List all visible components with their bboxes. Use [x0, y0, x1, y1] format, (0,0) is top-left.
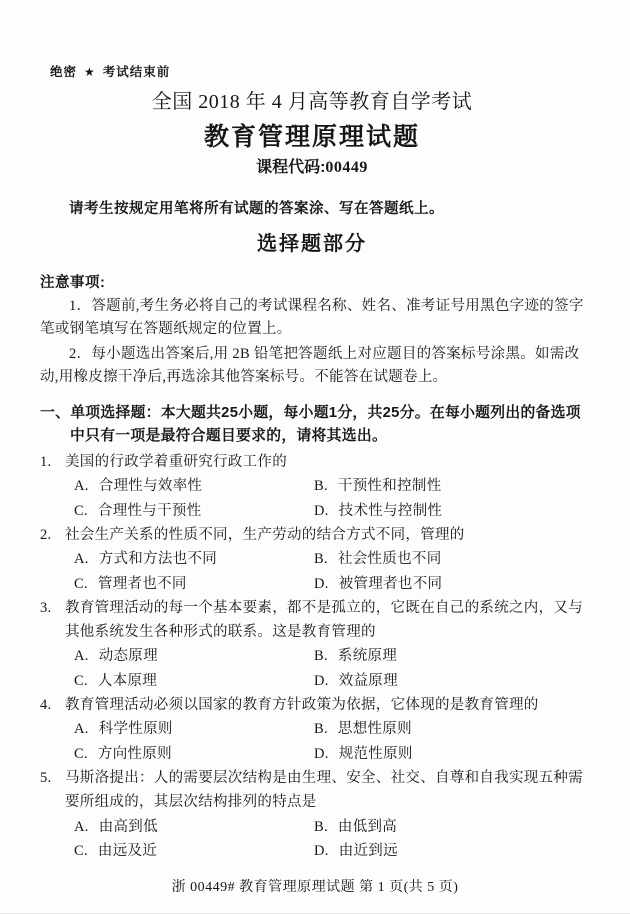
option-label: A. [74, 717, 89, 741]
option-text: 社会性质也不同 [338, 547, 442, 571]
part-heading: 一、单项选择题：本大题共25小题，每小题1分，共25分。在每小题列出的备选项中只… [40, 402, 584, 447]
option-text: 方式和方法也不同 [99, 547, 217, 571]
option-label: B. [314, 547, 328, 571]
question-stem: 教育管理活动的每一个基本要素，都不是孤立的，它既在自己的系统之内，又与其他系统发… [65, 596, 584, 644]
option-text: 科学性原则 [99, 717, 173, 741]
option-label: B. [314, 815, 328, 839]
option: C.方向性原则 [74, 742, 314, 766]
option-text: 合理性与干预性 [98, 499, 202, 523]
option: B.干预性和控制性 [314, 474, 584, 498]
option: B.社会性质也不同 [314, 547, 584, 571]
option: A.动态原理 [74, 644, 314, 668]
option: D.技术性与控制性 [314, 499, 584, 523]
option: B.系统原理 [314, 644, 584, 668]
option-label: A. [74, 815, 89, 839]
option: C.管理者也不同 [74, 572, 314, 596]
options: A.方式和方法也不同 B.社会性质也不同 C.管理者也不同 D.被管理者也不同 [74, 547, 584, 596]
question-number: 1. [40, 450, 65, 474]
option: A.由高到低 [74, 815, 314, 839]
question: 5. 马斯洛提出：人的需要层次结构是由生理、安全、社交、自尊和自我实现五种需要所… [40, 766, 584, 863]
option: D.被管理者也不同 [314, 572, 584, 596]
section-heading: 选择题部分 [40, 231, 584, 258]
option-text: 由低到高 [338, 815, 397, 839]
question-list: 1. 美国的行政学着重研究行政工作的 A.合理性与效率性 B.干预性和控制性 C… [40, 450, 584, 863]
answer-sheet-instruction: 请考生按规定用笔将所有试题的答案涂、写在答题纸上。 [40, 199, 584, 220]
option-label: D. [314, 669, 329, 693]
page-footer: 浙 00449# 教育管理原理试题 第 1 页(共 5 页) [0, 876, 630, 896]
course-code-line: 课程代码:00449 [40, 158, 584, 178]
option-text: 思想性原则 [338, 717, 412, 741]
option-text: 由远及近 [98, 839, 157, 863]
option: D.规范性原则 [314, 742, 584, 766]
option: D.效益原理 [314, 669, 584, 693]
question-stem: 马斯洛提出：人的需要层次结构是由生理、安全、社交、自尊和自我实现五种需要所组成的… [65, 766, 584, 814]
option: C.合理性与干预性 [74, 499, 314, 523]
exam-paper-page: 绝密★考试结束前 全国 2018 年 4 月高等教育自学考试 教育管理原理试题 … [0, 0, 630, 914]
options: A.由高到低 B.由低到高 C.由远及近 D.由近到远 [74, 815, 584, 864]
option-label: D. [314, 839, 329, 863]
option-text: 系统原理 [338, 644, 397, 668]
question-number: 2. [40, 523, 65, 547]
option-label: A. [74, 644, 89, 668]
option-label: B. [314, 474, 328, 498]
classification-line: 绝密★考试结束前 [50, 64, 584, 80]
question-number: 5. [40, 766, 65, 814]
option-text: 动态原理 [99, 644, 158, 668]
option-label: D. [314, 499, 329, 523]
question-stem: 美国的行政学着重研究行政工作的 [65, 450, 584, 474]
option: D.由近到远 [314, 839, 584, 863]
course-code-label: 课程代码: [256, 159, 325, 176]
timing-label: 考试结束前 [103, 65, 171, 79]
secrecy-label: 绝密 [50, 65, 77, 79]
option-label: A. [74, 474, 89, 498]
paper-title: 教育管理原理试题 [40, 121, 584, 154]
option: B.由低到高 [314, 815, 584, 839]
option-label: A. [74, 547, 89, 571]
exam-title: 全国 2018 年 4 月高等教育自学考试 [40, 89, 584, 115]
notice-item: 1．答题前,考生务必将自己的考试课程名称、姓名、准考证号用黑色字迹的签字笔或钢笔… [40, 295, 584, 341]
option-label: C. [74, 669, 88, 693]
option-text: 由近到远 [339, 839, 398, 863]
option-text: 技术性与控制性 [339, 499, 443, 523]
option: A.合理性与效率性 [74, 474, 314, 498]
option: C.人本原理 [74, 669, 314, 693]
options: A.科学性原则 B.思想性原则 C.方向性原则 D.规范性原则 [74, 717, 584, 766]
option: C.由远及近 [74, 839, 314, 863]
option-label: D. [314, 742, 329, 766]
notice-title: 注意事项: [40, 273, 584, 293]
option-text: 合理性与效率性 [99, 474, 203, 498]
option-text: 规范性原则 [339, 742, 413, 766]
option-label: C. [74, 742, 88, 766]
question: 3. 教育管理活动的每一个基本要素，都不是孤立的，它既在自己的系统之内，又与其他… [40, 596, 584, 693]
option-text: 由高到低 [99, 815, 158, 839]
question: 1. 美国的行政学着重研究行政工作的 A.合理性与效率性 B.干预性和控制性 C… [40, 450, 584, 523]
option-label: C. [74, 572, 88, 596]
option-text: 方向性原则 [98, 742, 172, 766]
course-code-value: 00449 [325, 159, 368, 176]
option-text: 效益原理 [339, 669, 398, 693]
option-label: B. [314, 717, 328, 741]
options: A.合理性与效率性 B.干预性和控制性 C.合理性与干预性 D.技术性与控制性 [74, 474, 584, 523]
option-label: C. [74, 839, 88, 863]
question-stem: 教育管理活动必须以国家的教育方针政策为依据，它体现的是教育管理的 [65, 693, 584, 717]
option-text: 干预性和控制性 [338, 474, 442, 498]
option-text: 管理者也不同 [98, 572, 187, 596]
question: 2. 社会生产关系的性质不同，生产劳动的结合方式不同，管理的 A.方式和方法也不… [40, 523, 584, 596]
question-stem: 社会生产关系的性质不同，生产劳动的结合方式不同，管理的 [65, 523, 584, 547]
option: A.方式和方法也不同 [74, 547, 314, 571]
options: A.动态原理 B.系统原理 C.人本原理 D.效益原理 [74, 644, 584, 693]
option: B.思想性原则 [314, 717, 584, 741]
question-number: 3. [40, 596, 65, 644]
notice-item: 2．每小题选出答案后,用 2B 铅笔把答题纸上对应题目的答案标号涂黑。如需改动,… [40, 343, 584, 389]
option-text: 被管理者也不同 [339, 572, 443, 596]
option-label: D. [314, 572, 329, 596]
star-icon: ★ [84, 65, 96, 79]
option-label: C. [74, 499, 88, 523]
question-number: 4. [40, 693, 65, 717]
option-label: B. [314, 644, 328, 668]
option: A.科学性原则 [74, 717, 314, 741]
option-text: 人本原理 [98, 669, 157, 693]
question: 4. 教育管理活动必须以国家的教育方针政策为依据，它体现的是教育管理的 A.科学… [40, 693, 584, 766]
